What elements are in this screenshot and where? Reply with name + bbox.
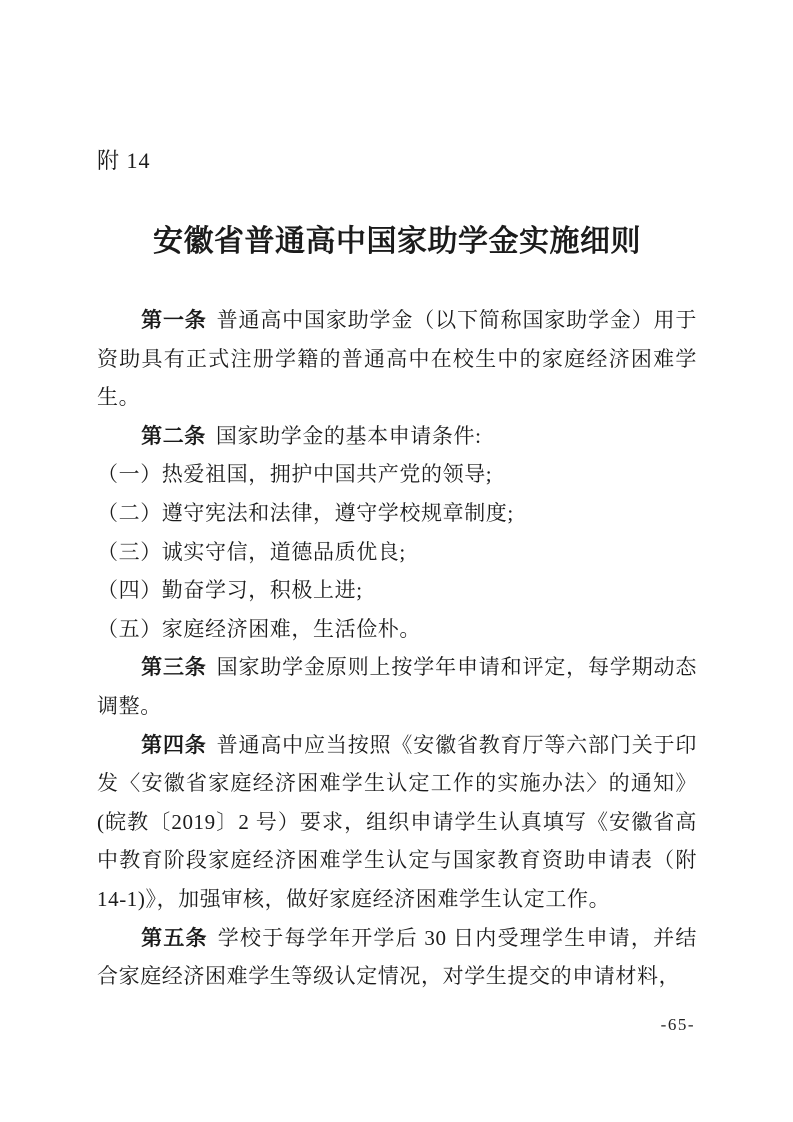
paragraph-article-4: 第四条普通高中应当按照《安徽省教育厅等六部门关于印发〈安徽省家庭经济困难学生认定… (97, 726, 697, 919)
page-number: -65- (661, 1015, 695, 1035)
item-3-text: （三）诚实守信，道德品质优良; (97, 540, 406, 564)
attachment-label: 附 14 (97, 146, 697, 176)
article-1-label: 第一条 (141, 308, 207, 332)
paragraph-article-2: 第二条国家助学金的基本申请条件: (97, 417, 697, 456)
article-5-label: 第五条 (141, 926, 208, 950)
item-2-text: （二）遵守宪法和法律，遵守学校规章制度; (97, 501, 514, 525)
item-5-text: （五）家庭经济困难，生活俭朴。 (97, 617, 421, 641)
article-4-text: 普通高中应当按照《安徽省教育厅等六部门关于印发〈安徽省家庭经济困难学生认定工作的… (97, 733, 697, 911)
document-title: 安徽省普通高中国家助学金实施细则 (97, 222, 697, 262)
item-1-text: （一）热爱祖国，拥护中国共产党的领导; (97, 462, 492, 486)
document-body: 第一条普通高中国家助学金（以下简称国家助学金）用于资助具有正式注册学籍的普通高中… (97, 301, 697, 996)
article-4-label: 第四条 (141, 733, 207, 757)
paragraph-item-2: （二）遵守宪法和法律，遵守学校规章制度; (97, 494, 697, 533)
paragraph-item-5: （五）家庭经济困难，生活俭朴。 (97, 610, 697, 649)
item-4-text: （四）勤奋学习，积极上进; (97, 578, 363, 602)
paragraph-article-3: 第三条国家助学金原则上按学年申请和评定，每学期动态调整。 (97, 648, 697, 725)
paragraph-item-1: （一）热爱祖国，拥护中国共产党的领导; (97, 455, 697, 494)
article-2-text: 国家助学金的基本申请条件: (216, 424, 482, 448)
article-2-label: 第二条 (141, 424, 206, 448)
document-page: 附 14 安徽省普通高中国家助学金实施细则 第一条普通高中国家助学金（以下简称国… (0, 0, 793, 1122)
paragraph-article-5: 第五条学校于每学年开学后 30 日内受理学生申请，并结合家庭经济困难学生等级认定… (97, 919, 697, 996)
paragraph-item-4: （四）勤奋学习，积极上进; (97, 571, 697, 610)
article-3-label: 第三条 (141, 655, 207, 679)
paragraph-item-3: （三）诚实守信，道德品质优良; (97, 533, 697, 572)
paragraph-article-1: 第一条普通高中国家助学金（以下简称国家助学金）用于资助具有正式注册学籍的普通高中… (97, 301, 697, 417)
